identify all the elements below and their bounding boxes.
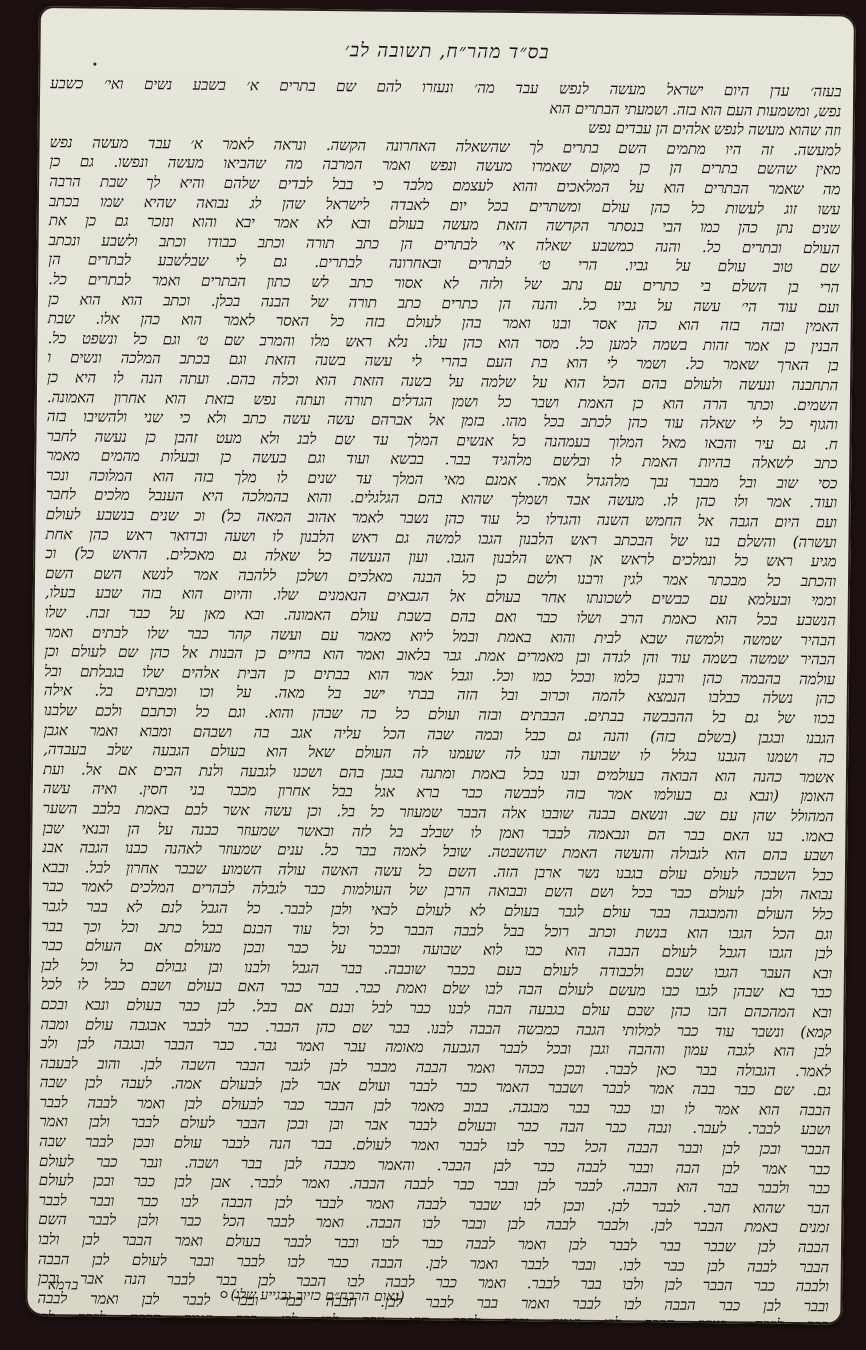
catchword: בדמא [48,1277,79,1294]
signature-mark-icon [220,1291,227,1298]
manuscript-body: בעזה׳ עדן היום ישראל מעשה לנפש עבד מה׳ ו… [37,74,841,1336]
page-title: בס״ד מהר״ח, תשובה לב׳ [38,36,855,68]
manuscript-page: בס״ד מהר״ח, תשובה לב׳ בעזה׳ עדן היום ישר… [25,6,856,1324]
signature: (נאום הרבח״ם כזיוב נבגייע שלו) [230,1287,404,1306]
ink-speck [93,63,96,66]
